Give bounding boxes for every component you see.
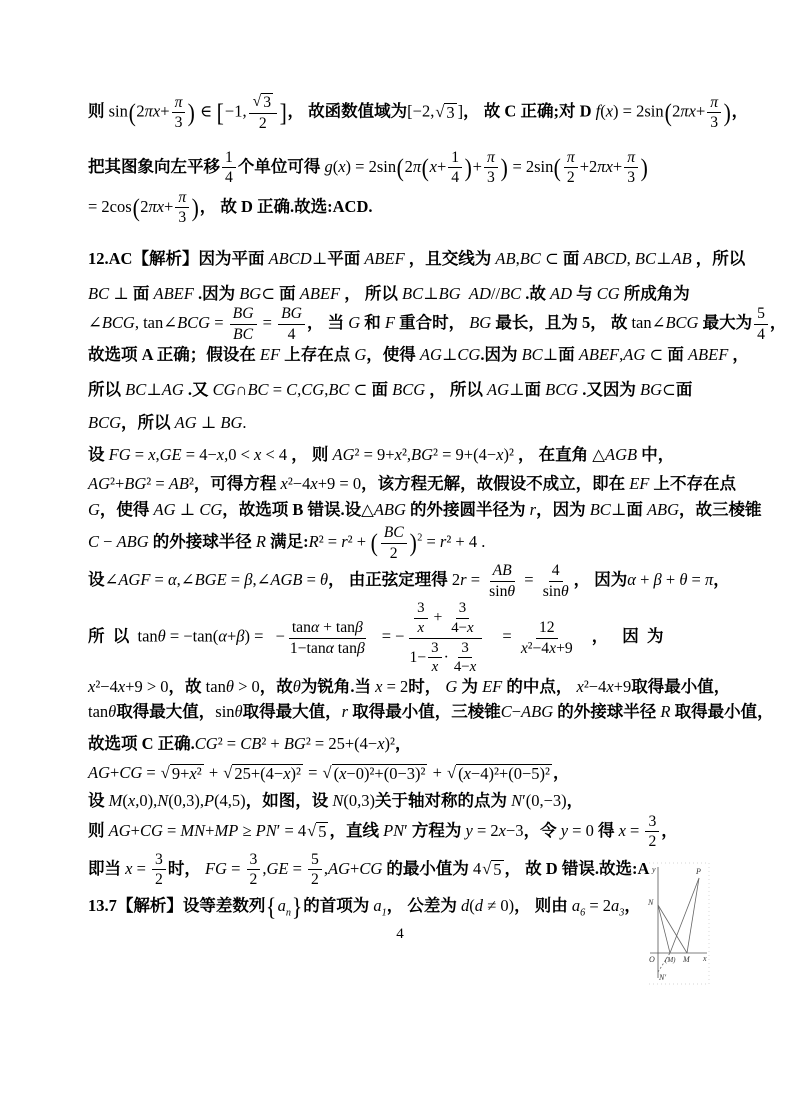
label-point-n: N xyxy=(647,898,654,907)
coordinate-figure-svg: y x O N P (M) M N′ xyxy=(645,860,711,986)
text-line-13: 设∠AGF = α,∠BGE = β,∠AGB = θ， 由正弦定理得 2r =… xyxy=(88,562,712,600)
text-line-19: 设 M(x,0),N(0,3),P(4,5)，如图，设 N(0,3)关于轴对称的… xyxy=(88,790,712,813)
label-point-m: M xyxy=(682,955,691,964)
label-point-p: P xyxy=(695,867,701,876)
text-line-18: AG+CG = √9+x² + √25+(4−x)² = √(x−0)²+(0−… xyxy=(88,762,712,785)
segment-n-mopt xyxy=(658,905,670,953)
page-number: 4 xyxy=(88,926,712,943)
text-line-11: G，使得 AG ⊥ CG，故选项 B 错误.设△ABG 的外接圆半径为 r，因为… xyxy=(88,499,712,522)
text-line-15: x²−4x+9 > 0，故 tanθ > 0，故θ为锐角.当 x = 2时， G… xyxy=(88,676,712,699)
text-line-8: BCG，所以 AG ⊥ BG. xyxy=(88,412,712,435)
label-point-m-opt: (M) xyxy=(665,956,676,964)
label-origin: O xyxy=(649,955,655,964)
text-line-10: AG²+BG² = AB²，可得方程 x²−4x+9 = 0，该方程无解，故假设… xyxy=(88,473,712,496)
text-line-6: 故选项 A 正确；假设在 EF 上存在点 G，使得 AG⊥CG.因为 BC⊥面 … xyxy=(88,344,712,367)
text-line-1: 把其图象向左平移14个单位可得 g(x) = 2sin(2π(x+14)+π3)… xyxy=(88,149,712,187)
text-line-12: C − ABG 的外接球半径 R 满足:R² = r² + (BC2)2 = r… xyxy=(88,524,712,562)
text-line-16: tanθ取得最大值，sinθ取得最大值，r 取得最小值，三棱锥C−ABG 的外接… xyxy=(88,701,712,724)
text-line-17: 故选项 C 正确.CG² = CB² + BG² = 25+(4−x)²， xyxy=(88,733,712,756)
segment-mopt-p xyxy=(670,878,699,953)
text-line-9: 设 FG = x,GE = 4−x,0 < x < 4 ， 则 AG² = 9+… xyxy=(88,444,712,467)
text-line-22: 13.7【解析】设等差数列{an}的首项为 a1， 公差为 d(d ≠ 0)， … xyxy=(88,895,712,920)
document-page: 则 sin(2πx+π3) ∈ [−1,√32]， 故函数值域为[−2,√3]，… xyxy=(0,0,792,1120)
text-line-3: 12.AC【解析】因为平面 ABCD⊥平面 ABEF ，且交线为 AB,BC ⊂… xyxy=(88,248,712,271)
text-line-5: ∠BCG, tan∠BCG = BGBC = BG4， 当 G 和 F 重合时，… xyxy=(88,305,712,343)
label-x-axis: x xyxy=(702,954,707,963)
text-line-21: 即当 x = 32时， FG = 32,GE = 52,AG+CG 的最小值为 … xyxy=(88,851,712,889)
label-y-axis: y xyxy=(651,865,656,874)
text-line-0: 则 sin(2πx+π3) ∈ [−1,√32]， 故函数值域为[−2,√3]，… xyxy=(88,93,712,133)
segment-m-p xyxy=(687,878,699,953)
text-line-4: BC ⊥ 面 ABEF .因为 BG⊂ 面 ABEF ， 所以 BC⊥BG AD… xyxy=(88,283,712,306)
text-line-14: 所 以 tanθ = −tan(α+β) = −tanα + tanβ1−tan… xyxy=(88,600,712,676)
solution-text-block: 则 sin(2πx+π3) ∈ [−1,√32]， 故函数值域为[−2,√3]，… xyxy=(88,88,712,943)
text-line-2: = 2cos(2πx+π3)， 故 D 正确.故选:ACD. xyxy=(88,189,712,227)
coordinate-figure: y x O N P (M) M N′ xyxy=(645,860,711,986)
text-line-7: 所以 BC⊥AG .又 CG∩BC = C,CG,BC ⊂ 面 BCG ， 所以… xyxy=(88,379,712,402)
label-point-n-prime: N′ xyxy=(658,973,666,982)
text-line-20: 则 AG+CG = MN+MP ≥ PN′ = 4√5，直线 PN′ 方程为 y… xyxy=(88,813,712,851)
